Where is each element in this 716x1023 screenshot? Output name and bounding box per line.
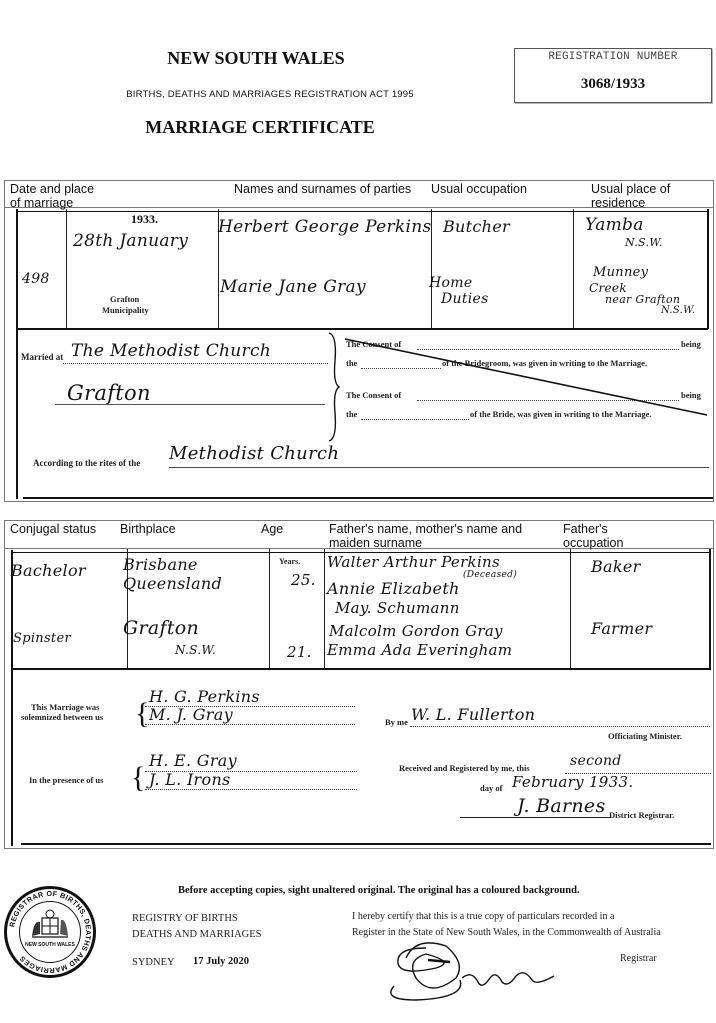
witness-line bbox=[145, 789, 357, 790]
col-divider bbox=[324, 549, 325, 669]
issue-city: SYDNEY bbox=[132, 957, 175, 968]
certify-line-2: Register in the State of New South Wales… bbox=[352, 927, 661, 938]
bride-occupation-1: Home bbox=[429, 275, 472, 291]
groom-birthplace-1: Brisbane bbox=[123, 555, 198, 574]
bottom-rule bbox=[21, 843, 711, 845]
married-at-line-2 bbox=[55, 404, 325, 405]
solemnized-label-1: This Marriage was bbox=[31, 702, 99, 712]
header-father-occupation: Father's occupation bbox=[563, 522, 623, 550]
signature-line bbox=[145, 724, 355, 725]
witness-1-signature: H. E. Gray bbox=[149, 751, 237, 770]
witness-2-signature: J. L. Irons bbox=[149, 770, 231, 789]
bride-residence-1: Munney bbox=[593, 265, 648, 280]
state-title: NEW SOUTH WALES bbox=[0, 48, 512, 69]
header-residence: Usual place of residence bbox=[591, 182, 670, 210]
married-at-town: Grafton bbox=[67, 381, 151, 405]
header-birthplace: Birthplace bbox=[120, 522, 176, 536]
parties-details-section: Conjugal status Birthplace Age Father's … bbox=[4, 520, 714, 849]
brace-icon bbox=[327, 331, 341, 443]
place-printed-1: Grafton bbox=[110, 294, 139, 304]
registry-name-1: REGISTRY OF BIRTHS bbox=[132, 913, 238, 924]
rites-line bbox=[169, 467, 709, 468]
groom-occupation: Butcher bbox=[443, 217, 510, 236]
registration-number: 3068/1933 bbox=[515, 76, 711, 93]
header-parents: Father's name, mother's name and maiden … bbox=[329, 522, 522, 550]
seal-inner-text: NEW SOUTH WALES bbox=[20, 942, 80, 948]
rites-denomination: Methodist Church bbox=[169, 443, 339, 464]
warning-notice: Before accepting copies, sight unaltered… bbox=[178, 885, 580, 896]
section2-header-row: Conjugal status Birthplace Age Father's … bbox=[5, 521, 713, 549]
married-at-line bbox=[63, 363, 328, 364]
groom-father-occupation: Baker bbox=[591, 557, 641, 576]
bride-mother: Emma Ada Everingham bbox=[327, 641, 512, 659]
consent-dots bbox=[361, 419, 469, 420]
registration-label: REGISTRATION NUMBER bbox=[515, 51, 711, 63]
registration-box: REGISTRATION NUMBER 3068/1933 bbox=[514, 48, 712, 103]
groom-father-deceased: (Deceased) bbox=[463, 570, 517, 580]
registrar-seal: REGISTRAR OF BIRTHS, DEATHS AND MARRIAGE… bbox=[4, 886, 96, 978]
right-rule bbox=[709, 549, 711, 669]
left-rule bbox=[11, 550, 13, 846]
received-day: second bbox=[570, 753, 622, 769]
row-rule bbox=[11, 668, 711, 670]
groom-father: Walter Arthur Perkins bbox=[327, 553, 500, 571]
groom-name: Herbert George Perkins bbox=[218, 217, 432, 237]
bride-birthplace-2: N.S.W. bbox=[175, 643, 216, 657]
header-conjugal: Conjugal status bbox=[10, 522, 96, 536]
minister-label: Officiating Minister. bbox=[608, 731, 682, 741]
col-divider bbox=[573, 209, 574, 329]
registrar-signature: J. Barnes bbox=[517, 795, 606, 817]
entry-number: 498 bbox=[22, 271, 50, 287]
bride-signature: M. J. Gray bbox=[149, 705, 233, 724]
groom-signature: H. G. Perkins bbox=[149, 687, 260, 706]
bride-residence-4: N.S.W. bbox=[661, 305, 695, 316]
seal-inner-ring: NEW SOUTH WALES bbox=[19, 901, 81, 963]
marriage-details-section: Date and place of marriage Names and sur… bbox=[4, 180, 714, 502]
bride-name: Marie Jane Gray bbox=[220, 277, 366, 297]
solemnized-label-2: solemnized between us bbox=[21, 712, 103, 722]
day-of-label: day of bbox=[480, 783, 502, 793]
left-rule bbox=[16, 209, 18, 499]
minister-signature: W. L. Fullerton bbox=[411, 705, 535, 724]
section1-header-row: Date and place of marriage Names and sur… bbox=[5, 181, 713, 208]
bride-status: Spinster bbox=[13, 631, 71, 646]
years-label: Years. bbox=[279, 557, 300, 566]
groom-mother-1: Annie Elizabeth bbox=[327, 579, 460, 598]
marriage-year: 1933. bbox=[131, 212, 158, 227]
certify-line-1: I hereby certify that this is a true cop… bbox=[352, 911, 614, 922]
header-date-place: Date and place of marriage bbox=[10, 182, 94, 210]
registry-name-2: DEATHS AND MARRIAGES bbox=[132, 929, 262, 940]
registrar-line bbox=[460, 817, 610, 818]
received-label: Received and Registered by me, this bbox=[399, 763, 530, 773]
issue-date: 17 July 2020 bbox=[193, 956, 249, 967]
bride-birthplace-1: Grafton bbox=[123, 617, 199, 639]
rites-label: According to the rites of the bbox=[33, 458, 140, 468]
place-printed-2: Municipality bbox=[102, 305, 149, 315]
district-registrar-label: District Registrar. bbox=[609, 810, 674, 820]
married-at-label: Married at bbox=[21, 352, 63, 362]
bottom-rule bbox=[23, 497, 713, 499]
brace-icon: { bbox=[131, 763, 145, 793]
bride-occupation-2: Duties bbox=[441, 291, 489, 307]
bride-father: Malcolm Gordon Gray bbox=[329, 622, 503, 640]
by-me-label: By me bbox=[385, 717, 408, 727]
groom-residence-1: Yamba bbox=[585, 215, 644, 235]
received-month: February 1933. bbox=[512, 773, 633, 791]
groom-birthplace-2: Queensland bbox=[123, 574, 222, 593]
groom-age: 25. bbox=[291, 571, 316, 589]
married-at-venue: The Methodist Church bbox=[71, 341, 271, 361]
strikeout-line bbox=[343, 337, 713, 419]
groom-residence-2: N.S.W. bbox=[625, 236, 663, 249]
header-names: Names and surnames of parties bbox=[234, 182, 411, 196]
coat-of-arms-icon bbox=[28, 908, 72, 942]
col-divider bbox=[570, 549, 571, 669]
row-rule bbox=[16, 211, 708, 212]
groom-status: Bachelor bbox=[11, 561, 86, 580]
header-age: Age bbox=[261, 522, 283, 536]
col-divider bbox=[66, 209, 67, 329]
registrar-signature-icon bbox=[386, 938, 586, 1008]
certificate-title: MARRIAGE CERTIFICATE bbox=[0, 117, 520, 138]
act-subtitle: BIRTHS, DEATHS AND MARRIAGES REGISTRATIO… bbox=[0, 89, 540, 100]
bride-age: 21. bbox=[287, 643, 312, 661]
row-rule bbox=[16, 328, 708, 330]
bride-father-occupation: Farmer bbox=[591, 619, 652, 638]
groom-mother-2: May. Schumann bbox=[335, 599, 460, 617]
header-occupation: Usual occupation bbox=[431, 182, 527, 196]
marriage-date: 28th January bbox=[73, 231, 188, 251]
presence-label: In the presence of us bbox=[29, 775, 103, 785]
minister-line bbox=[410, 726, 710, 727]
col-divider bbox=[269, 549, 270, 669]
registrar-label: Registrar bbox=[620, 953, 657, 964]
right-rule bbox=[707, 209, 709, 329]
